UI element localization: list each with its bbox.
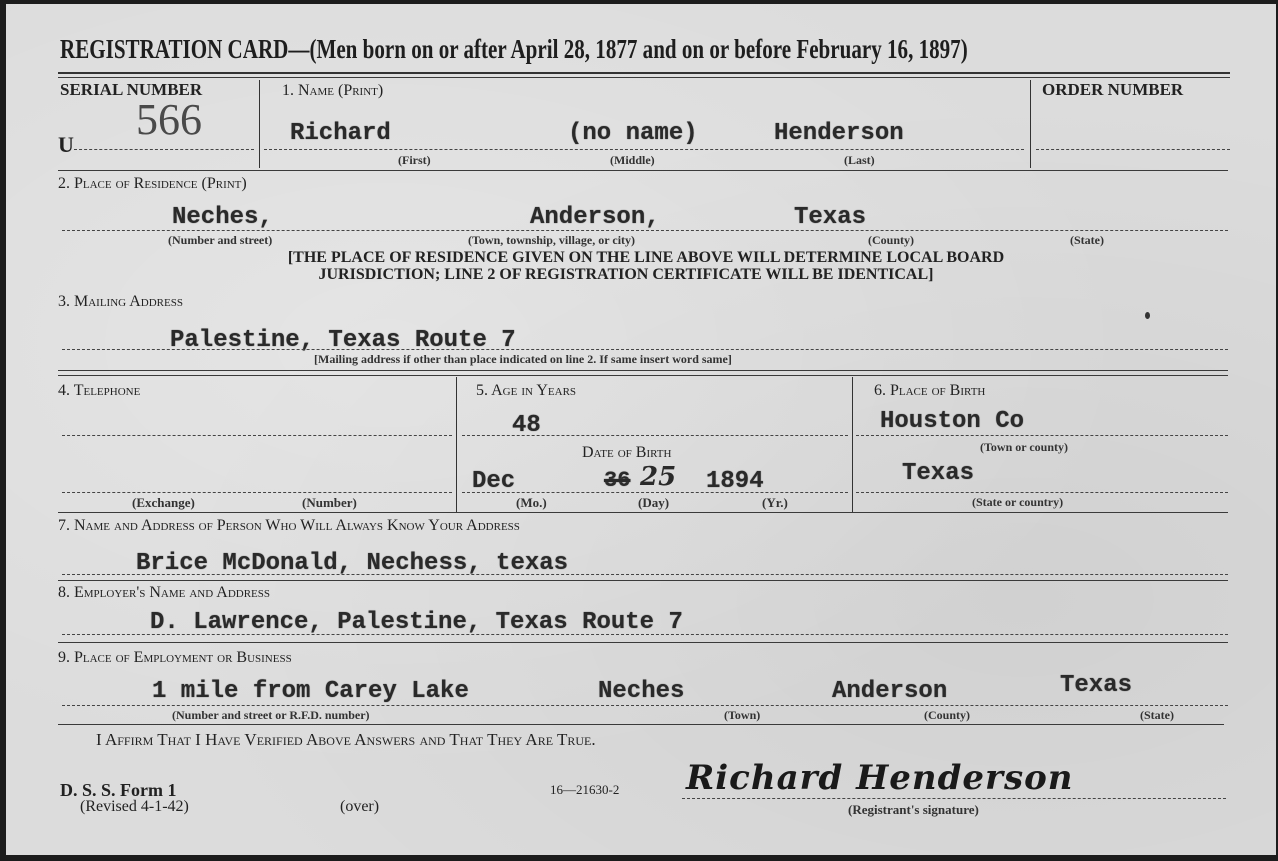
serial-underline	[74, 149, 254, 150]
employment-street-value[interactable]: 1 mile from Carey Lake	[152, 678, 469, 705]
order-divider	[1030, 80, 1031, 168]
employer-underline	[62, 634, 1228, 635]
jurisdiction-notice-line2: JURISDICTION; LINE 2 OF REGISTRATION CER…	[126, 266, 1126, 283]
registration-card: REGISTRATION CARD—(Men born on or after …	[6, 4, 1276, 855]
age-label: 5. Age in Years	[476, 382, 576, 400]
form-revised: (Revised 4-1-42)	[80, 798, 189, 816]
employment-street-caption: (Number and street or R.F.D. number)	[172, 708, 370, 723]
mailing-label: 3. Mailing Address	[58, 293, 183, 311]
day-caption: (Day)	[638, 495, 669, 511]
last-caption: (Last)	[844, 153, 875, 168]
residence-street-caption: (Number and street)	[168, 233, 272, 248]
employment-underline	[62, 705, 1228, 706]
middle-caption: (Middle)	[610, 153, 655, 168]
affirmation-text: I Affirm That I Have Verified Above Answ…	[96, 730, 596, 750]
birthplace-state-caption: (State or country)	[972, 495, 1063, 510]
residence-state-caption: (State)	[1070, 233, 1104, 248]
residence-town-caption: (Town, township, village, or city)	[468, 233, 635, 248]
rule-3	[58, 512, 1228, 513]
name-underline	[264, 149, 1024, 150]
name-label: 1. Name (Print)	[282, 82, 383, 100]
rule-2-inner	[58, 375, 1228, 376]
employment-state-caption: (State)	[1140, 708, 1174, 723]
employment-county-value[interactable]: Anderson	[832, 678, 947, 705]
employment-town-caption: (Town)	[724, 708, 760, 723]
year-caption: (Yr.)	[762, 495, 788, 511]
birthplace-town-caption: (Town or county)	[980, 440, 1068, 455]
employment-county-caption: (County)	[924, 708, 970, 723]
employment-state-value[interactable]: Texas	[1060, 672, 1132, 699]
birthplace-town-underline	[856, 435, 1228, 436]
mailing-underline	[62, 349, 1228, 350]
dob-underline	[462, 492, 848, 493]
telephone-divider	[456, 377, 457, 513]
over-note: (over)	[340, 798, 379, 816]
rule-2	[58, 370, 1228, 371]
card-title: REGISTRATION CARD—(Men born on or after …	[60, 34, 968, 65]
ink-dot	[1145, 312, 1150, 319]
telephone-label: 4. Telephone	[58, 382, 140, 400]
mailing-caption: [Mailing address if other than place ind…	[314, 352, 732, 367]
rule-1	[58, 170, 1228, 171]
residence-label: 2. Place of Residence (Print)	[58, 175, 247, 193]
last-name-value[interactable]: Henderson	[774, 120, 904, 147]
top-rule	[58, 72, 1230, 74]
contact-value[interactable]: Brice McDonald, Nechess, texas	[136, 550, 568, 577]
birthplace-state-value[interactable]: Texas	[902, 460, 974, 487]
age-divider	[852, 377, 853, 513]
birthplace-label: 6. Place of Birth	[874, 382, 985, 400]
contact-underline	[62, 574, 1228, 575]
employer-label: 8. Employer's Name and Address	[58, 584, 270, 602]
signature-underline	[682, 798, 1226, 799]
signature-caption: (Registrant's signature)	[848, 802, 979, 818]
registrant-signature[interactable]: Richard Henderson	[686, 758, 1073, 798]
first-caption: (First)	[398, 153, 431, 168]
dob-year-value[interactable]: 1894	[706, 468, 764, 495]
birthplace-town-value[interactable]: Houston Co	[880, 408, 1024, 435]
birthplace-state-underline	[856, 492, 1228, 493]
telephone-exchange-field[interactable]	[62, 435, 452, 436]
residence-county-value[interactable]: Texas	[794, 204, 866, 231]
month-caption: (Mo.)	[516, 495, 547, 511]
exchange-caption: (Exchange)	[132, 495, 195, 511]
rule-5	[58, 642, 1228, 643]
middle-name-value[interactable]: (no name)	[568, 120, 698, 147]
number-caption: (Number)	[302, 495, 357, 511]
print-code: 16—21630-2	[550, 782, 619, 798]
employer-value[interactable]: D. Lawrence, Palestine, Texas Route 7	[150, 609, 683, 636]
order-number-label: ORDER NUMBER	[1042, 80, 1183, 100]
dob-day-value[interactable]: 25	[640, 462, 676, 492]
employment-label: 9. Place of Employment or Business	[58, 649, 292, 667]
residence-underline	[62, 230, 1228, 231]
top-rule-inner	[58, 77, 1230, 78]
employment-town-value[interactable]: Neches	[598, 678, 684, 705]
dob-day-struck: 36	[604, 468, 630, 493]
dob-month-value[interactable]: Dec	[472, 468, 515, 495]
rule-6	[58, 724, 1224, 725]
residence-county-caption: (County)	[868, 233, 914, 248]
order-number-field[interactable]	[1036, 149, 1230, 150]
residence-street-value[interactable]: Neches,	[172, 204, 273, 231]
rule-4	[58, 580, 1228, 581]
serial-number-value[interactable]: 566	[136, 94, 202, 145]
telephone-number-field[interactable]	[62, 492, 452, 493]
serial-divider	[259, 80, 260, 168]
age-underline	[462, 435, 848, 436]
jurisdiction-notice-line1: [THE PLACE OF RESIDENCE GIVEN ON THE LIN…	[126, 249, 1166, 266]
dob-label: Date of Birth	[582, 444, 671, 462]
residence-town-value[interactable]: Anderson,	[530, 204, 660, 231]
contact-label: 7. Name and Address of Person Who Will A…	[58, 517, 520, 535]
first-name-value[interactable]: Richard	[290, 120, 391, 147]
serial-prefix: U	[58, 132, 74, 158]
